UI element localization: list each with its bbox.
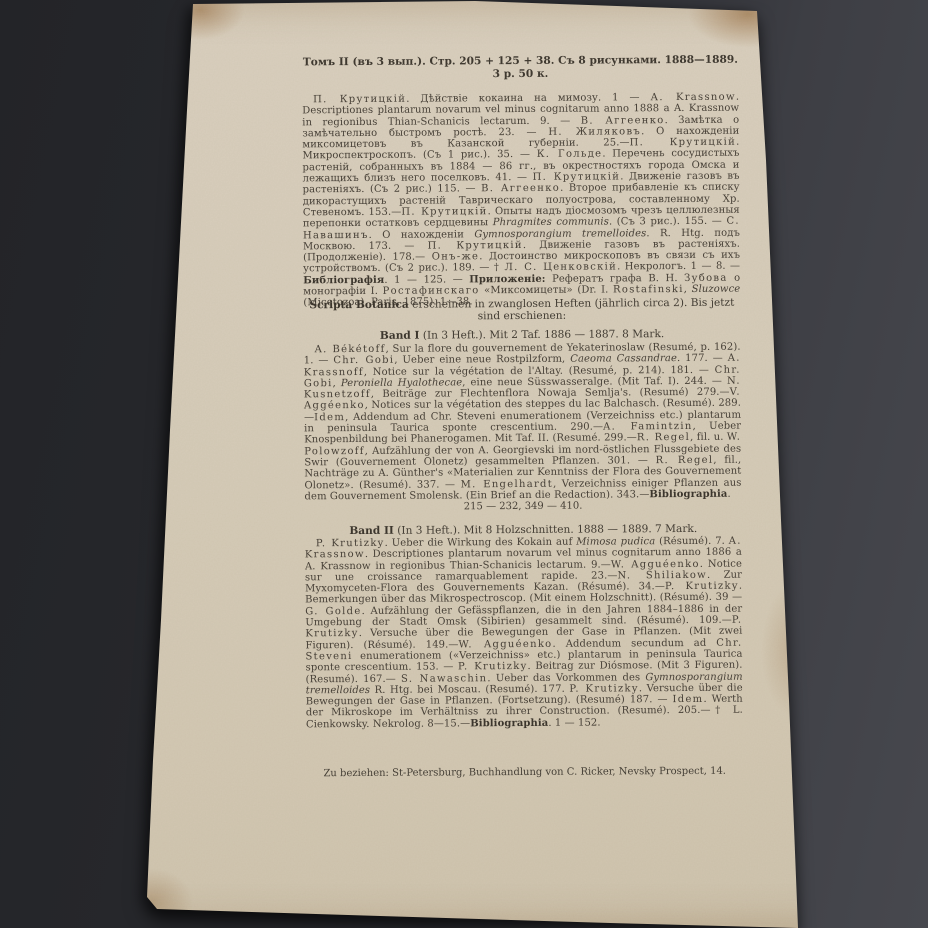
- page-content: Томъ II (въ 3 вып.). Стр. 205 + 125 + 38…: [0, 0, 928, 928]
- volume-heading-line: Томъ II (въ 3 вып.). Стр. 205 + 125 + 38…: [302, 54, 739, 69]
- volume-price-line: 3 р. 50 к.: [302, 66, 739, 81]
- photo-backdrop: Томъ II (въ 3 вып.). Стр. 205 + 125 + 38…: [0, 0, 928, 928]
- document-page: Томъ II (въ 3 вып.). Стр. 205 + 125 + 38…: [0, 0, 928, 928]
- distributor-line: Zu beziehen: St-Petersburg, Buchhandlung…: [306, 766, 743, 780]
- page-shadow-wrapper: Томъ II (въ 3 вып.). Стр. 205 + 125 + 38…: [0, 0, 928, 928]
- band2-toc-paragraph: P. Krutizky. Ueber die Wirkung des Kokai…: [305, 536, 743, 731]
- band1-section: A. Békétoff, Sur la flore du gouvernemen…: [304, 342, 742, 514]
- scripta-botanica-intro: Scripta Botanica erscheinen in zwanglose…: [303, 297, 740, 324]
- volume-heading: Томъ II (въ 3 вып.). Стр. 205 + 125 + 38…: [302, 54, 739, 82]
- band1-heading: Band I (In 3 Heft.). Mit 2 Taf. 1886 — 1…: [304, 328, 741, 343]
- russian-toc-paragraph: П. Крутицкій. Дѣйствіе кокаина на мимозу…: [302, 92, 740, 309]
- band1-toc-paragraph: A. Békétoff, Sur la flore du gouvernemen…: [304, 342, 742, 503]
